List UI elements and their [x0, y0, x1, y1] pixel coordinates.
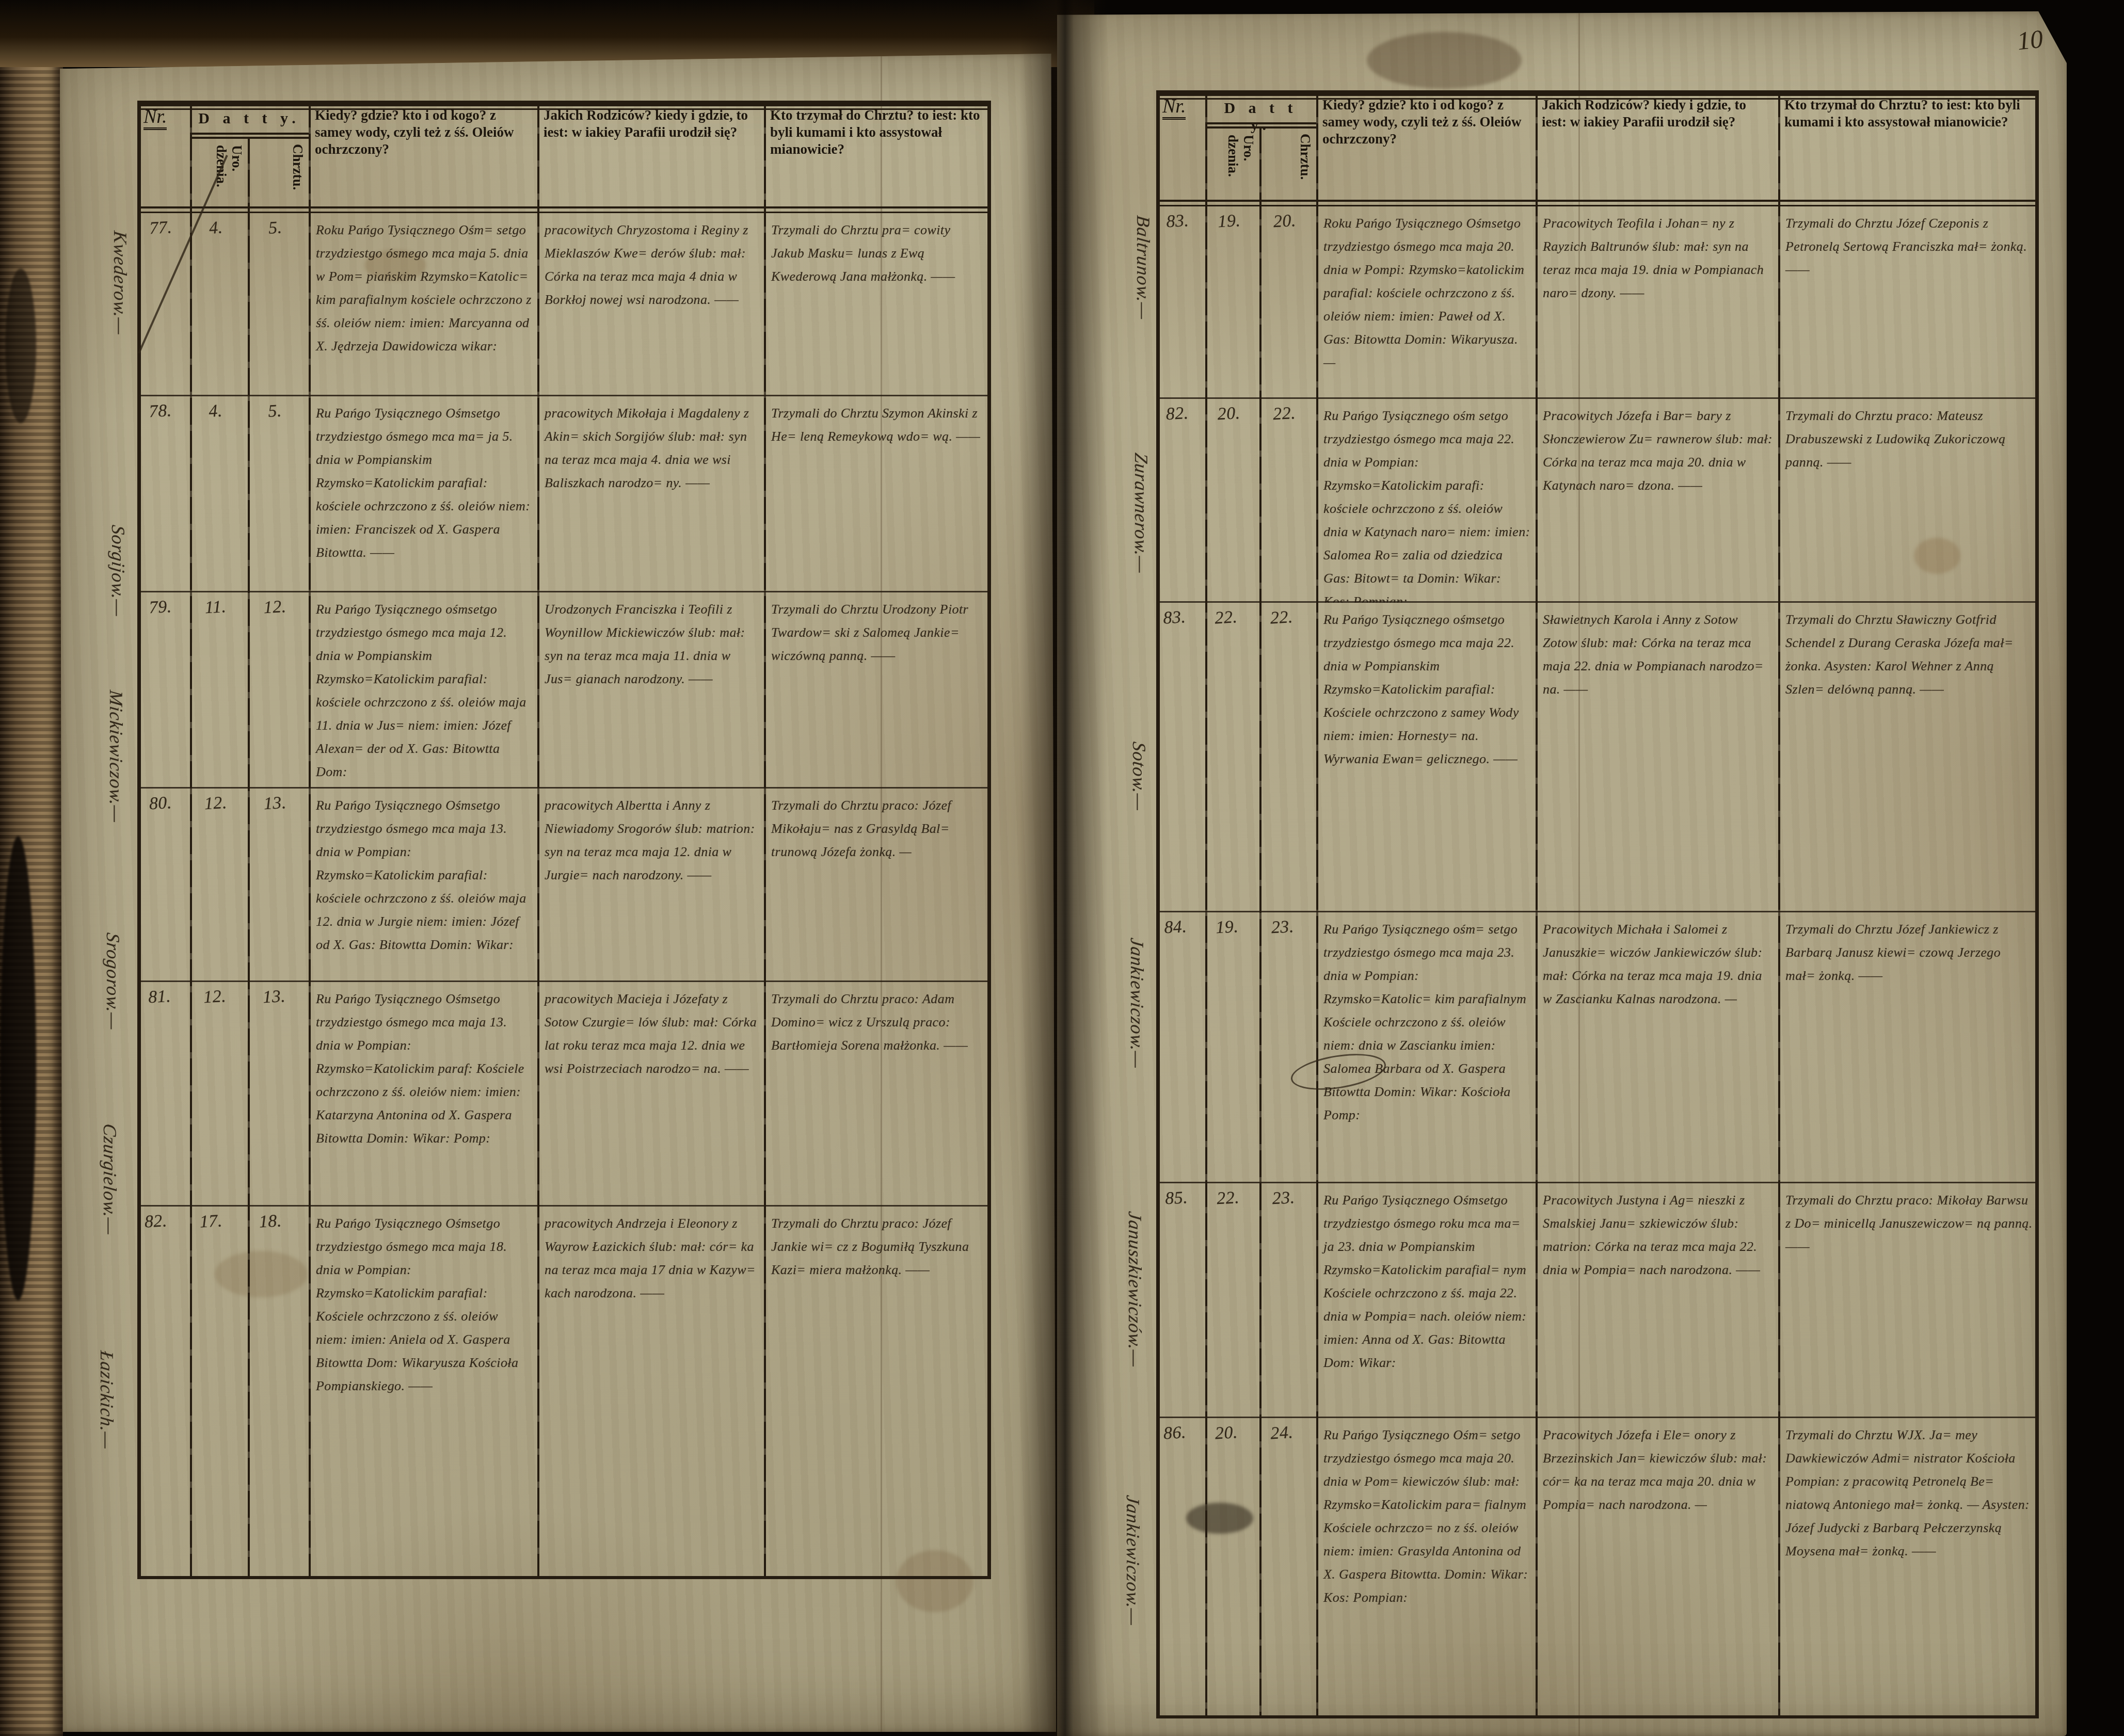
margin-family-name: Łazickich.—	[96, 1350, 118, 1450]
godparents-text-cell: Trzymali do Chrztu Urodzony Piotr Twardo…	[764, 592, 991, 789]
entry-row: 77. 4. 5. Roku Pańgo Tysiącznego Ośm= se…	[137, 213, 991, 395]
godparents-text-cell: Trzymali do Chrztu pra= cowity Jakub Mas…	[764, 213, 991, 395]
column-header-rodzice: Jakich Rodziców? kiedy i gdzie, to iest:…	[1536, 90, 1778, 200]
entry-row: 80. 12. 13. Ru Pańgo Tysiącznego Ośmsetg…	[137, 787, 991, 982]
column-header-kiedy: Kiedy? gdzie? kto i od kogo? z samey wod…	[1316, 90, 1536, 200]
baptism-text-cell: Ru Pańgo Tysiącznego ośm= setgo trzydzie…	[1316, 912, 1536, 1183]
entry-row: 82. 17. 18. Ru Pańgo Tysiącznego Ośmsetg…	[137, 1205, 991, 1578]
entry-number-cell: 78.	[132, 395, 195, 594]
parents-text-cell: Urodzonych Franciszka i Teofili z Woynil…	[537, 592, 764, 789]
margin-family-name: Zurawnerow.—	[1130, 452, 1152, 574]
baptism-date-cell: 5.	[243, 212, 313, 396]
margin-family-name: Czurgielow.—	[99, 1123, 121, 1236]
parents-text-cell: pracowitych Mikołaja i Magdaleny z Akin=…	[537, 396, 764, 592]
baptism-date-cell: 13.	[243, 787, 313, 984]
baptism-text-cell: Ru Pańgo Tysiącznego Ośmsetgo trzydziest…	[309, 1207, 537, 1578]
baptism-text-cell: Roku Pańgo Tysiącznego Ośm= setgo trzydz…	[309, 213, 537, 395]
baptism-date-cell: 23.	[1253, 1182, 1322, 1419]
margin-family-name: Sorgijow.—	[107, 524, 129, 618]
parents-text-cell: Pracowitych Józefa i Bar= bary z Słoncze…	[1536, 399, 1778, 603]
column-header-urodzenia: Uro.dzenia.	[214, 145, 245, 187]
godparents-text-cell: Trzymali do Chrztu praco: Mateusz Drabus…	[1778, 399, 2039, 603]
parents-text-cell: pracowitych Albertta i Anny z Niewiadomy…	[537, 789, 764, 982]
parents-text-cell: pracowitych Andrzeja i Eleonory z Wayrow…	[537, 1207, 764, 1578]
birth-date-cell: 12.	[185, 787, 252, 983]
godparents-text-cell: Trzymali do Chrztu praco: Adam Domino= w…	[764, 982, 991, 1207]
column-header-chrztu: Chrztu.	[1298, 134, 1313, 180]
margin-family-name: Jankiewiczow.—	[1126, 937, 1148, 1070]
entry-row: 83. 19. 20. Roku Pańgo Tysiącznego Ośmse…	[1156, 206, 2039, 397]
entry-row: 82. 20. 22. Ru Pańgo Tysiącznego ośm set…	[1156, 397, 2039, 603]
register-table-left: Nr. D a t t y. Uro.dzenia. Chrztu. Kiedy…	[137, 101, 991, 1579]
birth-date-cell: 4.	[185, 395, 253, 593]
godparents-text-cell: Trzymali do Chrztu praco: Józef Mikołaju…	[764, 789, 991, 982]
edge-tear-shadow	[0, 836, 36, 1300]
baptism-date-cell: 5.	[243, 395, 314, 594]
godparents-text-cell: Trzymali do Chrztu WJX. Ja= mey Dawkiewi…	[1778, 1418, 2039, 1717]
column-header-kiedy: Kiedy? gdzie? kto i od kogo? z samey wod…	[309, 101, 537, 206]
baptism-date-cell: 22.	[1254, 397, 1322, 604]
table-header: Nr. D a t t y. Uro.dzenia. Chrztu. Kiedy…	[1156, 90, 2039, 200]
birth-date-cell: 20.	[1200, 398, 1265, 604]
parents-text-cell: Pracowitych Justyna i Ag= nieszki z Smal…	[1536, 1183, 1778, 1418]
column-header-datty: D a t t y.	[196, 110, 302, 127]
baptism-text-cell: Ru Pańgo Tysiącznego Ośmsetgo trzydziest…	[309, 789, 537, 982]
baptism-text-cell: Ru Pańgo Tysiącznego Ośmsetgo trzydziest…	[1316, 1183, 1536, 1418]
parents-text-cell: pracowitych Chryzostoma i Reginy z Miekl…	[537, 213, 764, 395]
gutter-shadow	[1019, 0, 1107, 1736]
entry-number-cell: 77.	[133, 212, 195, 396]
birth-date-cell: 19.	[1200, 205, 1264, 399]
baptism-text-cell: Ru Pańgo Tysiącznego Ośmsetgo trzydziest…	[309, 396, 537, 592]
margin-family-name: Sotow.—	[1128, 741, 1150, 812]
godparents-text-cell: Trzymali do Chrztu Józef Czeponis z Petr…	[1778, 206, 2039, 397]
godparents-text-cell: Trzymali do Chrztu Sławiczny Gotfrid Sch…	[1778, 603, 2039, 912]
parents-text-cell: Sławietnych Karola i Anny z Sotow Zotow …	[1536, 603, 1778, 912]
parents-text-cell: Pracowitych Józefa i Ele= onory z Brzezi…	[1536, 1418, 1778, 1717]
column-header-nr: Nr.	[1162, 95, 1186, 120]
godparents-text-cell: Trzymali do Chrztu praco: Mikołay Barwsu…	[1778, 1183, 2039, 1418]
baptism-text-cell: Ru Pańgo Tysiącznego ośmsetgo trzydziest…	[309, 592, 537, 789]
margin-family-name: Januszkiewiczów.—	[1124, 1211, 1146, 1369]
parents-text-cell: Pracowitych Teofila i Johan= ny z Rayzic…	[1536, 206, 1778, 397]
column-header-kumowie: Kto trzymał do Chrztu? to iest: kto byli…	[764, 101, 991, 206]
column-header-chrztu: Chrztu.	[290, 144, 306, 190]
entry-number-cell: 79.	[132, 591, 195, 790]
parents-text-cell: Pracowitych Michała i Salomei z Januszki…	[1536, 912, 1778, 1183]
godparents-text-cell: Trzymali do Chrztu Józef Jankiewicz z Ba…	[1778, 912, 2039, 1183]
entry-number-cell: 80.	[132, 787, 195, 984]
margin-family-name: Srogorow.—	[102, 932, 124, 1031]
birth-date-cell: 11.	[185, 591, 253, 790]
entry-row: 78. 4. 5. Ru Pańgo Tysiącznego Ośmsetgo …	[137, 395, 991, 592]
column-header-nr: Nr.	[143, 106, 167, 130]
column-header-datty: D a t t y.	[1211, 100, 1310, 134]
entry-row: 84. 19. 23. Ru Pańgo Tysiącznego ośm= se…	[1156, 911, 2039, 1183]
column-header-kumowie: Kto trzymał do Chrztu? to iest: kto byli…	[1778, 90, 2039, 200]
column-header-urodzenia: Uro.dzenia.	[1225, 135, 1256, 177]
entry-row: 79. 11. 12. Ru Pańgo Tysiącznego ośmsetg…	[137, 591, 991, 789]
baptism-text-cell: Ru Pańgo Tysiącznego Ośm= setgo trzydzie…	[1316, 1418, 1536, 1717]
parents-text-cell: pracowitych Macieja i Józefaty z Sotow C…	[537, 982, 764, 1207]
entry-row: 83. 22. 22. Ru Pańgo Tysiącznego ośmsetg…	[1156, 601, 2039, 912]
godparents-text-cell: Trzymali do Chrztu Szymon Akinski z He= …	[764, 396, 991, 592]
margin-family-name: Baltrunow.—	[1132, 215, 1154, 321]
baptism-text-cell: Roku Pańgo Tysiącznego Ośmsetgo trzydzie…	[1316, 206, 1536, 397]
register-table-right: Nr. D a t t y. Uro.dzenia. Chrztu. Kiedy…	[1156, 90, 2039, 1718]
margin-family-name: Jankiewiczow.—	[1122, 1494, 1144, 1627]
baptism-date-cell: 20.	[1254, 205, 1321, 398]
baptism-date-cell: 12.	[243, 591, 314, 790]
margin-family-name: Mickiewiczow.—	[105, 689, 127, 824]
table-header: Nr. D a t t y. Uro.dzenia. Chrztu. Kiedy…	[137, 101, 991, 206]
page-number: 10	[2016, 24, 2045, 56]
baptism-text-cell: Ru Pańgo Tysiącznego ośmsetgo trzydziest…	[1316, 603, 1536, 912]
entry-row: 81. 12. 13. Ru Pańgo Tysiącznego Ośmsetg…	[137, 980, 991, 1207]
godparents-text-cell: Trzymali do Chrztu praco: Józef Jankie w…	[764, 1207, 991, 1578]
baptism-date-cell: 13.	[242, 980, 315, 1208]
register-scan: Kwederow.— Sorgijow.— Mickiewiczow.— Sro…	[0, 0, 2124, 1736]
entry-row: 86. 20. 24. Ru Pańgo Tysiącznego Ośm= se…	[1156, 1417, 2039, 1717]
margin-family-name: Kwederow.—	[109, 230, 131, 336]
column-header-rodzice: Jakich Rodziców? kiedy i gdzie, to iest:…	[537, 101, 764, 206]
stain	[1367, 32, 1522, 89]
entry-row: 85. 22. 23. Ru Pańgo Tysiącznego Ośmsetg…	[1156, 1182, 2039, 1418]
baptism-text-cell: Ru Pańgo Tysiącznego ośm setgo trzydzies…	[1316, 399, 1536, 603]
edge-tear-shadow	[5, 268, 36, 423]
baptism-text-cell: Ru Pańgo Tysiącznego Ośmsetgo trzydziest…	[309, 982, 537, 1207]
birth-date-cell: 4.	[185, 212, 252, 396]
